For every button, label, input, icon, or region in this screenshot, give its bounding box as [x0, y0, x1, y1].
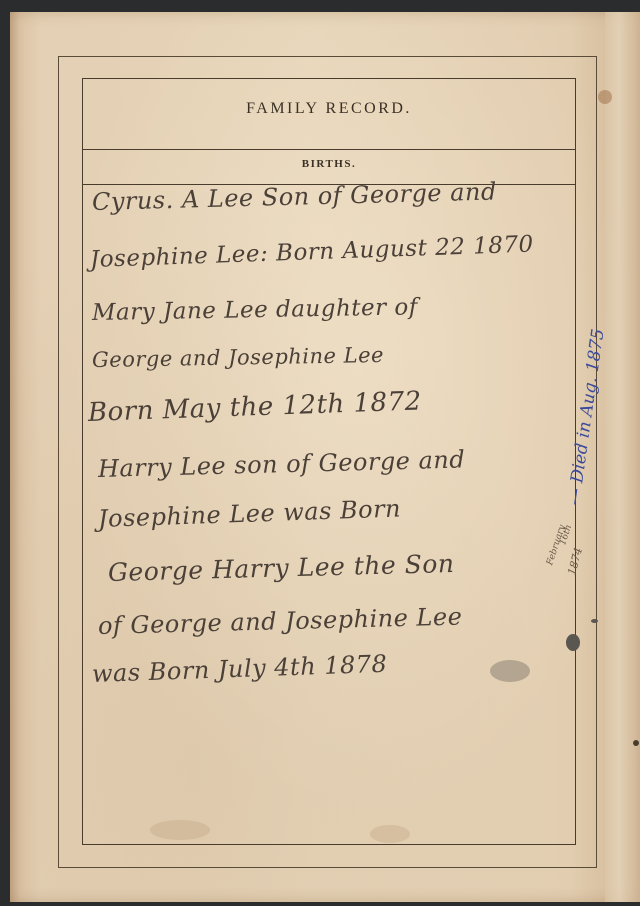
- stain: [598, 90, 612, 104]
- page-edge: [605, 12, 640, 902]
- ink-speck: [591, 619, 598, 623]
- ink-smudge: [490, 660, 530, 682]
- section-heading-births: BIRTHS.: [82, 158, 576, 170]
- handwritten-line: George and Josephine Lee: [92, 343, 384, 372]
- page-title: FAMILY RECORD.: [82, 100, 576, 118]
- ink-blot: [566, 634, 580, 651]
- ink-speck: [633, 740, 639, 746]
- header-divider: [82, 149, 576, 150]
